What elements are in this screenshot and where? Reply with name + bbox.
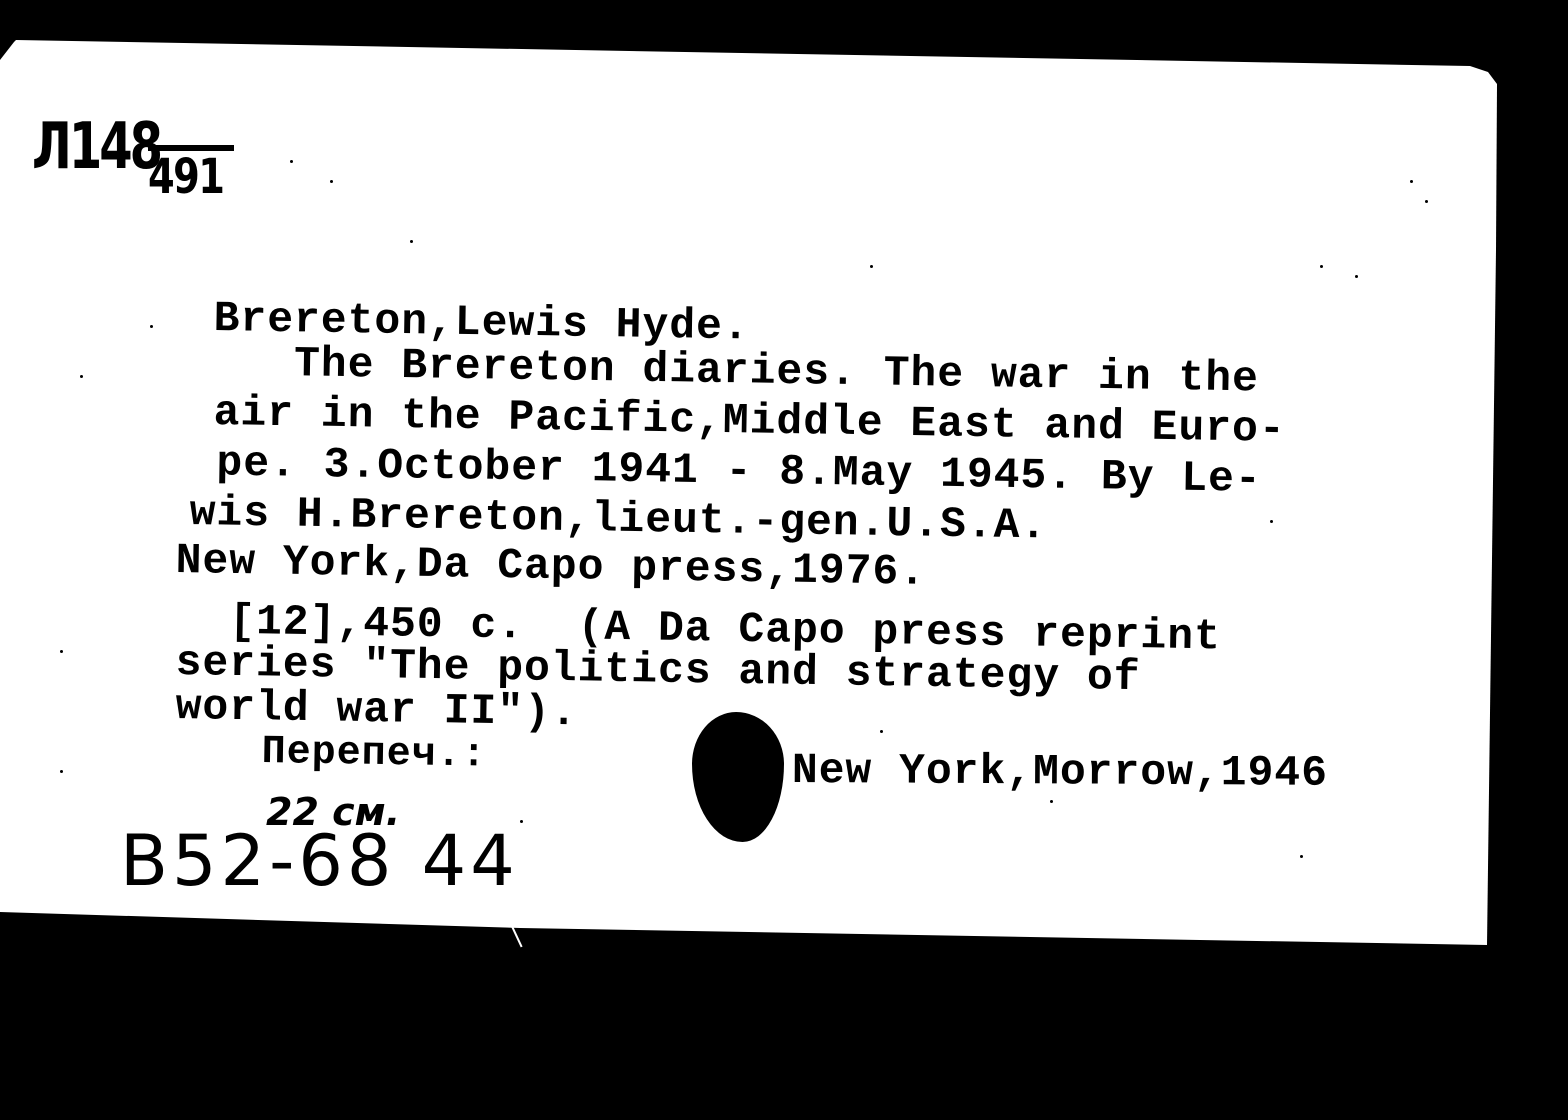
call-number-fraction: 491 bbox=[148, 145, 242, 201]
ink-blot bbox=[692, 712, 784, 842]
reprint-note-label: Перепеч.: bbox=[261, 730, 487, 779]
speck bbox=[150, 325, 153, 328]
speck bbox=[330, 180, 333, 183]
speck bbox=[870, 265, 873, 268]
speck bbox=[60, 770, 63, 773]
speck bbox=[1050, 800, 1053, 803]
body-line-5: New York,Da Capo press,1976. bbox=[175, 538, 926, 595]
speck bbox=[1355, 275, 1358, 278]
reprint-note-value: New York,Morrow,1946 bbox=[792, 748, 1328, 796]
speck bbox=[410, 240, 413, 243]
speck bbox=[1410, 180, 1413, 183]
body-line-8: world war II"). bbox=[175, 684, 578, 735]
call-number-denominator: 491 bbox=[148, 153, 223, 201]
speck bbox=[1300, 855, 1303, 858]
speck bbox=[1320, 265, 1323, 268]
speck bbox=[880, 730, 883, 733]
card-paper: Л148 491 Brereton,Lewis Hyde. The Breret… bbox=[0, 0, 1568, 1120]
speck bbox=[520, 820, 523, 823]
speck bbox=[1425, 200, 1428, 203]
scanned-catalog-card: Л148 491 Brereton,Lewis Hyde. The Breret… bbox=[0, 0, 1568, 1120]
speck bbox=[80, 375, 83, 378]
speck bbox=[1270, 520, 1273, 523]
stub-number: B52-68 44 bbox=[120, 820, 519, 902]
speck bbox=[60, 650, 63, 653]
speck bbox=[290, 160, 293, 163]
call-number-numerator: Л148 bbox=[32, 110, 160, 184]
paper-tear bbox=[511, 927, 522, 948]
